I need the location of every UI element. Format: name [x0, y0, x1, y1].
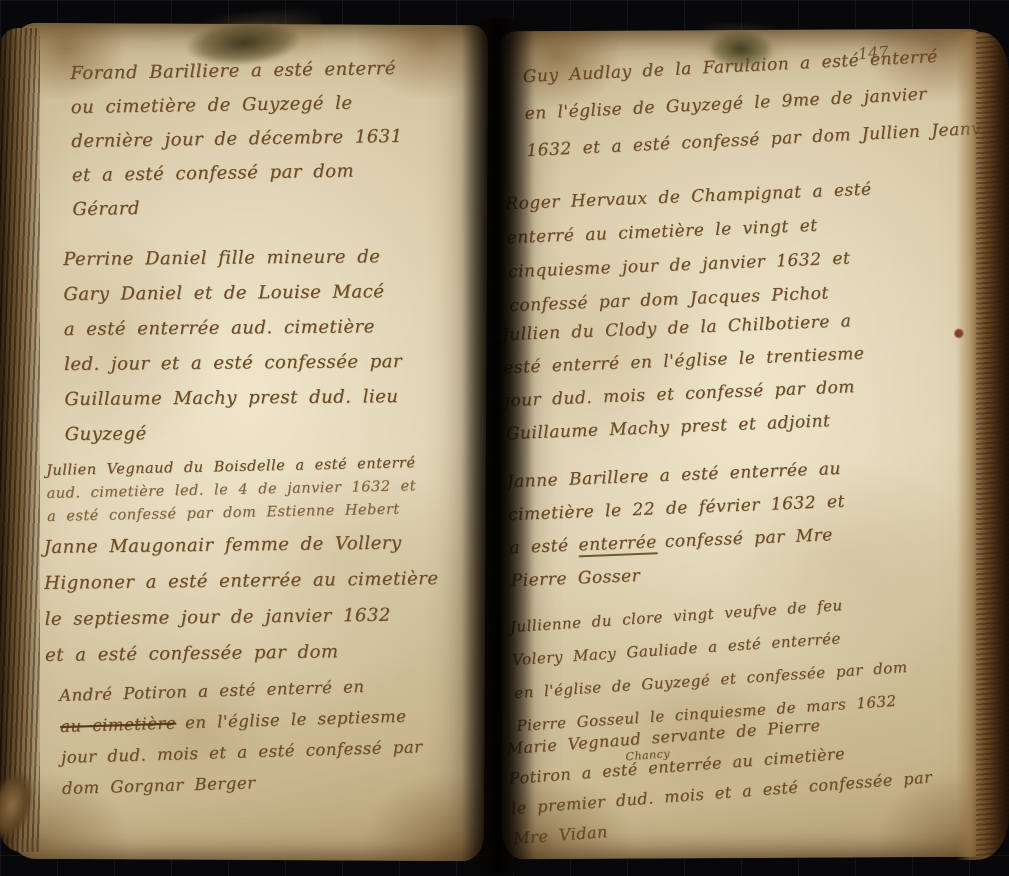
manuscript-line: Forand Barilliere a esté enterré	[70, 52, 402, 91]
manuscript-line: dernière jour de décembre 1631	[71, 120, 403, 159]
burial-entry: Janne Maugonair femme de Vollery Hignone…	[44, 525, 440, 674]
wax-spot	[954, 329, 963, 338]
manuscript-text: confessé par Mre	[664, 525, 833, 552]
manuscript-line: ou cimetière de Guyzegé le	[71, 86, 403, 125]
photo-backdrop: Forand Barilliere a esté enterré ou cime…	[0, 0, 1009, 876]
manuscript-line: et a esté confessée par dom	[45, 633, 440, 674]
manuscript-line: led. jour et a esté confessée par	[64, 344, 402, 382]
burial-entry: Guy Audlay de la Farulaion a esté enterr…	[522, 36, 1007, 170]
manuscript-line: a esté enterrée aud. cimetière	[64, 309, 402, 347]
manuscript-line: Janne Maugonair femme de Vollery	[44, 525, 439, 566]
burial-entry: Roger Hervaux de Champignat a esté enter…	[505, 173, 877, 324]
manuscript-text: a esté	[509, 536, 569, 558]
manuscript-line: Gérard	[72, 188, 404, 227]
burial-entry: André Potiron a esté enterré en au cimet…	[59, 669, 424, 804]
burial-entry: Perrine Daniel fille mineure de Gary Dan…	[63, 239, 403, 452]
manuscript-text: en l'église le septiesme	[185, 707, 407, 733]
manuscript-line: Gary Daniel et de Louise Macé	[63, 274, 401, 312]
manuscript-line: le septiesme jour de janvier 1632	[44, 597, 439, 638]
burial-entry: Forand Barilliere a esté enterré ou cime…	[70, 52, 404, 227]
burial-entry: Jullien du Clody de la Chilbotiere a est…	[501, 305, 867, 451]
crossed-out-word: au cimetière	[60, 714, 176, 736]
burial-entry: Jullien Vegnaud du Boisdelle a esté ente…	[46, 452, 417, 529]
underlined-word: enterrée	[578, 532, 657, 557]
manuscript-line: Hignoner a esté enterrée au cimetière	[44, 561, 439, 602]
manuscript-line: Guyzegé	[65, 414, 403, 452]
manuscript-line: et a esté confessé par dom	[72, 154, 404, 193]
burial-entry: Janne Barillere a esté enterrée au cimet…	[506, 453, 848, 598]
manuscript-line: Perrine Daniel fille mineure de	[63, 239, 401, 277]
manuscript-line: Guillaume Machy prest dud. lieu	[64, 379, 402, 417]
right-page: 147 Guy Audlay de la Farulaion a esté en…	[498, 29, 1002, 860]
left-page: Forand Barilliere a esté enterré ou cime…	[4, 23, 488, 862]
interlinear-insert: Chancy	[624, 739, 671, 772]
